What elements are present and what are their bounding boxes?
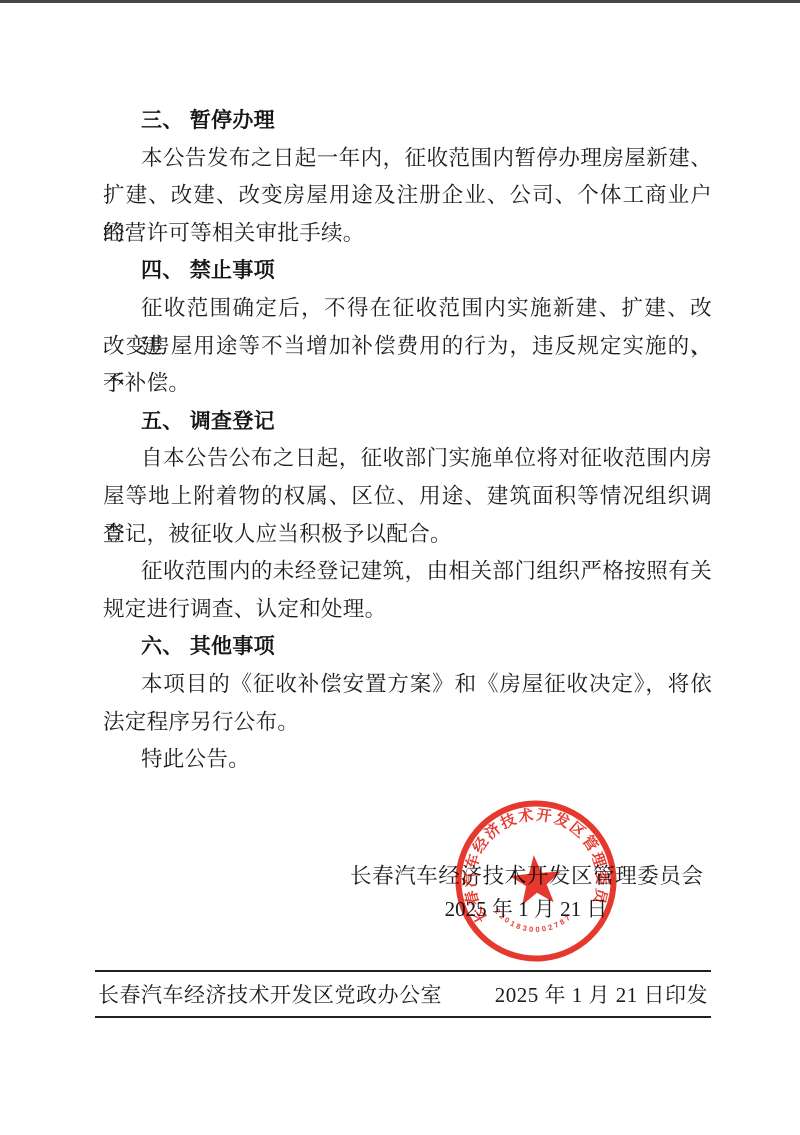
doc-line: 经营许可等相关审批手续。	[103, 215, 712, 253]
section-heading: 四、 禁止事项	[103, 252, 712, 290]
doc-line: 征收范围内的未经登记建筑，由相关部门组织严格按照有关	[103, 553, 712, 591]
seal-arc-text: 长春汽车经济技术开发区管理委员会	[444, 789, 615, 929]
document-body: 三、 暂停办理本公告发布之日起一年内，征收范围内暂停办理房屋新建、扩建、改建、改…	[103, 102, 712, 779]
doc-line: 登记，被征收人应当积极予以配合。	[103, 516, 712, 554]
doc-line: 扩建、改建、改变房屋用途及注册企业、公司、个体工商业户的	[103, 177, 712, 215]
document-page: 三、 暂停办理本公告发布之日起一年内，征收范围内暂停办理房屋新建、扩建、改建、改…	[0, 0, 800, 1135]
seal-code: 2201830002787	[492, 900, 575, 937]
doc-line: 自本公告公布之日起，征收部门实施单位将对征收范围内房	[103, 440, 712, 478]
document-footer: 长春汽车经济技术开发区党政办公室 2025 年 1 月 21 日印发	[95, 970, 711, 1018]
doc-line: 予补偿。	[103, 365, 712, 403]
doc-line: 屋等地上附着物的权属、区位、用途、建筑面积等情况组织调查	[103, 478, 712, 516]
doc-line: 征收范围确定后，不得在征收范围内实施新建、扩建、改建、	[103, 290, 712, 328]
doc-line: 本项目的《征收补偿安置方案》和《房屋征收决定》，将依	[103, 666, 712, 704]
doc-line: 特此公告。	[103, 741, 712, 779]
section-heading: 五、 调查登记	[103, 403, 712, 441]
doc-line: 规定进行调查、认定和处理。	[103, 591, 712, 629]
footer-text-row: 长春汽车经济技术开发区党政办公室 2025 年 1 月 21 日印发	[95, 972, 711, 1016]
doc-line: 法定程序另行公布。	[103, 704, 712, 742]
footer-issue-date: 2025 年 1 月 21 日印发	[495, 979, 708, 1009]
seal-star-icon	[508, 853, 563, 906]
footer-office: 长春汽车经济技术开发区党政办公室	[98, 979, 442, 1009]
official-seal-stamp: 长春汽车经济技术开发区管理委员会 2201830002787	[444, 789, 628, 973]
doc-line: 本公告发布之日起一年内，征收范围内暂停办理房屋新建、	[103, 140, 712, 178]
doc-line: 改变房屋用途等不当增加补偿费用的行为，违反规定实施的，不	[103, 328, 712, 366]
section-heading: 三、 暂停办理	[103, 102, 712, 140]
section-heading: 六、 其他事项	[103, 628, 712, 666]
